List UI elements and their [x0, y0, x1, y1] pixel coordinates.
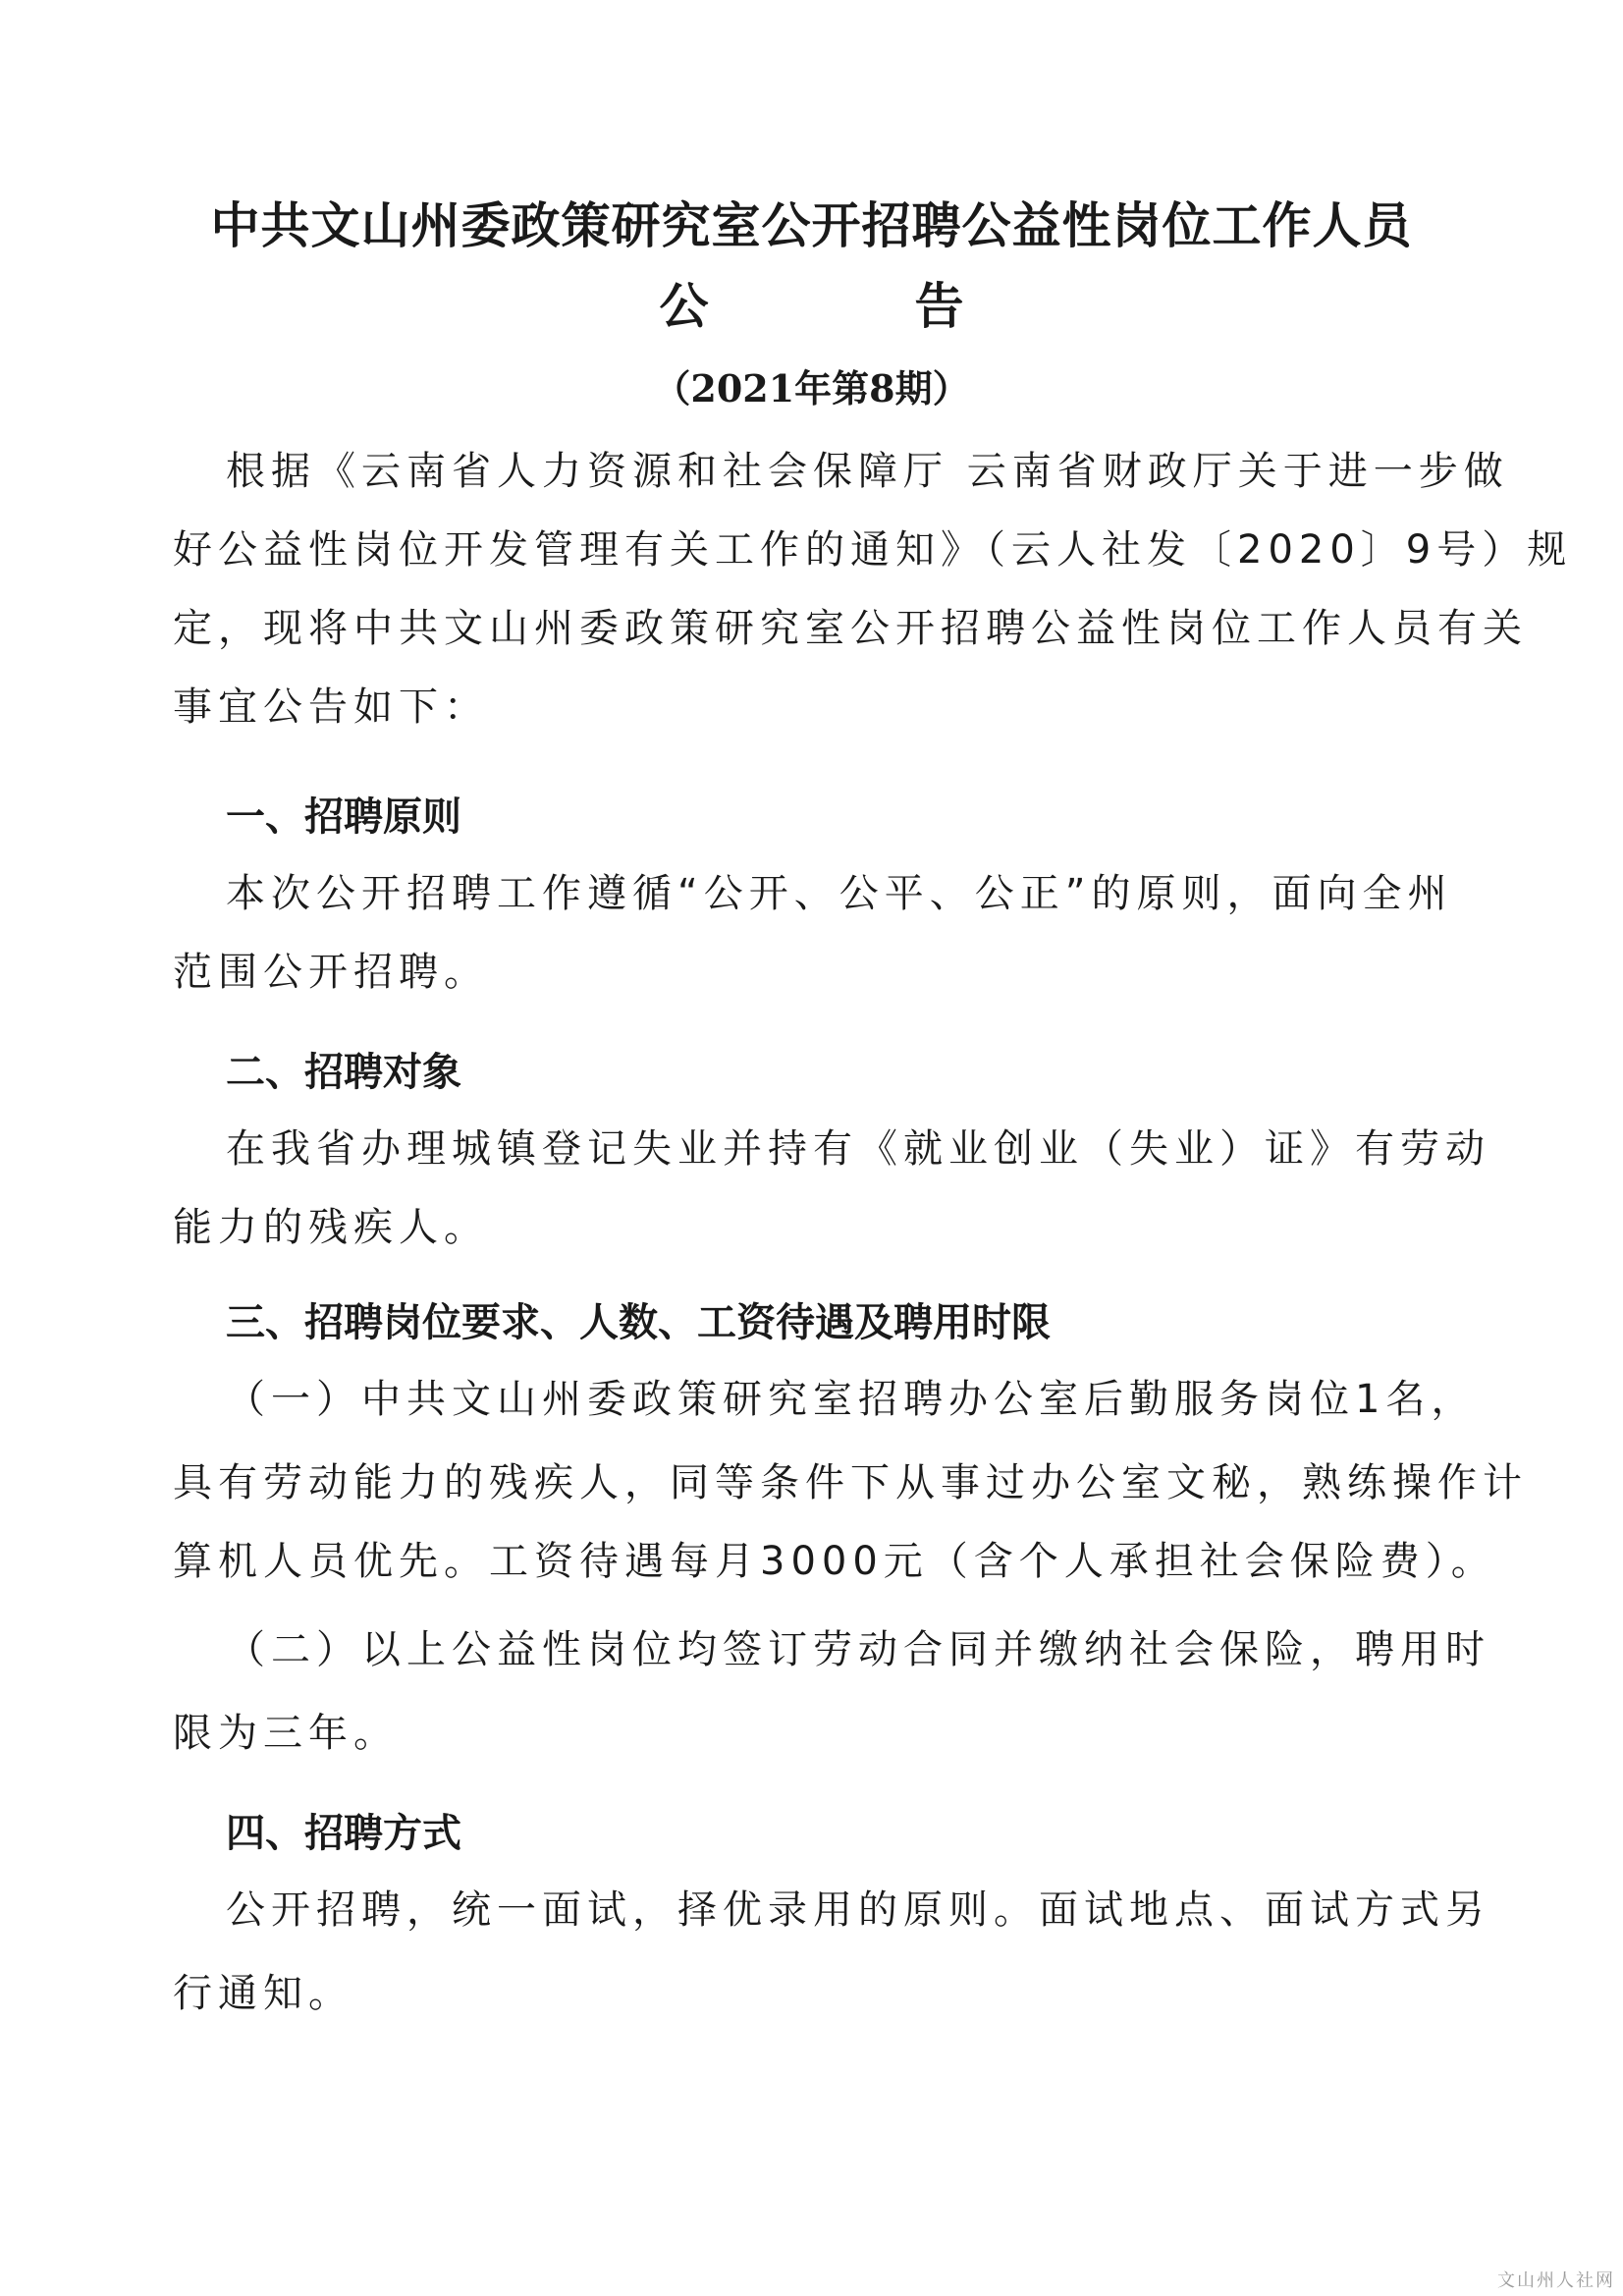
intro-line: 事宜公告如下：	[173, 683, 1459, 732]
section-line: 能力的残疾人。	[173, 1203, 1459, 1252]
section-line: 限为三年。	[173, 1709, 1459, 1758]
section-line: （二）以上公益性岗位均签订劳动合同并缴纳社会保险，聘用时	[226, 1625, 1512, 1674]
intro-line: 根据《云南省人力资源和社会保障厅 云南省财政厅关于进一步做	[226, 447, 1512, 496]
section-heading-target: 二、招聘对象	[226, 1041, 461, 1097]
section-heading-principle: 一、招聘原则	[226, 786, 461, 842]
section-line: 在我省办理城镇登记失业并持有《就业创业（失业）证》有劳动	[226, 1124, 1512, 1174]
section-heading-method: 四、招聘方式	[226, 1802, 461, 1858]
intro-line: 定，现将中共文山州委政策研究室公开招聘公益性岗位工作人员有关	[173, 604, 1459, 653]
section-line: （一）中共文山州委政策研究室招聘办公室后勤服务岗位1名，	[226, 1375, 1512, 1424]
section-line: 算机人员优先。工资待遇每月3000元（含个人承担社会保险费）。	[173, 1537, 1459, 1586]
issue-number: （2021年第8期）	[0, 358, 1623, 412]
section-line: 行通知。	[173, 1969, 1459, 2018]
document-page: 中共文山州委政策研究室公开招聘公益性岗位工作人员 公告 （2021年第8期） 根…	[0, 0, 1623, 2296]
section-line: 本次公开招聘工作遵循“公开、公平、公正”的原则，面向全州	[226, 869, 1512, 918]
subtitle-char-2: 告	[915, 277, 964, 335]
section-line: 具有劳动能力的残疾人，同等条件下从事过办公室文秘，熟练操作计	[173, 1458, 1459, 1507]
site-watermark: 文山州人社网	[1497, 2267, 1615, 2292]
document-title: 中共文山州委政策研究室公开招聘公益性岗位工作人员	[0, 187, 1623, 257]
section-line: 范围公开招聘。	[173, 948, 1459, 997]
document-subtitle: 公告	[0, 267, 1623, 338]
subtitle-char-1: 公	[660, 277, 709, 335]
intro-line: 好公益性岗位开发管理有关工作的通知》（云人社发〔2020〕9号）规	[173, 525, 1459, 574]
section-heading-positions: 三、招聘岗位要求、人数、工资待遇及聘用时限	[226, 1291, 1051, 1347]
section-line: 公开招聘，统一面试，择优录用的原则。面试地点、面试方式另	[226, 1886, 1512, 1935]
